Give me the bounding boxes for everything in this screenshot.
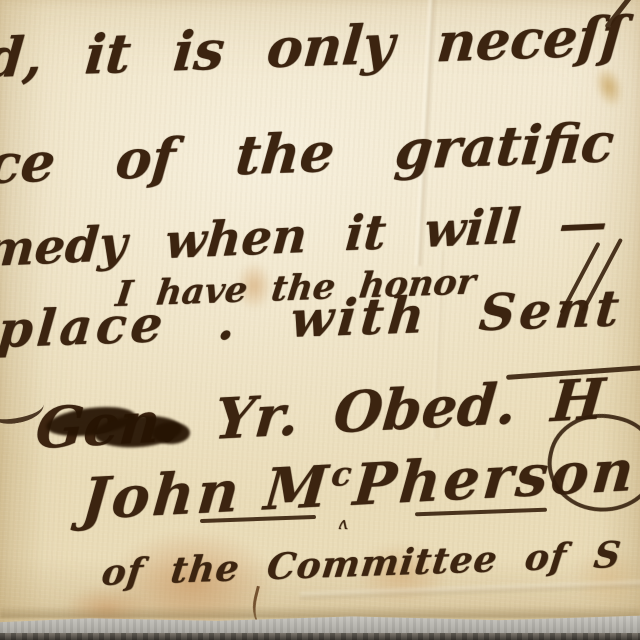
handwriting-line-5: place . with Sent (0, 278, 625, 359)
handwriting-line-2: ce of the gratific (0, 110, 617, 196)
handwriting-line-3: medy when it will — (0, 195, 609, 278)
stain-top-right (590, 63, 628, 111)
paper: d, it is only neceſſ ce of the gratific … (0, 0, 640, 640)
ink-blot (152, 422, 190, 444)
handwriting-line-1: d, it is only neceſſ (0, 4, 627, 91)
scanner-strip-dark (0, 633, 640, 640)
paper-bottom-edge-shadow (0, 606, 640, 618)
caret-mark: ʌ (338, 514, 348, 534)
closing-line-committee: of the Committee of S (99, 534, 623, 594)
letter-scan: d, it is only neceſſ ce of the gratific … (0, 0, 640, 640)
